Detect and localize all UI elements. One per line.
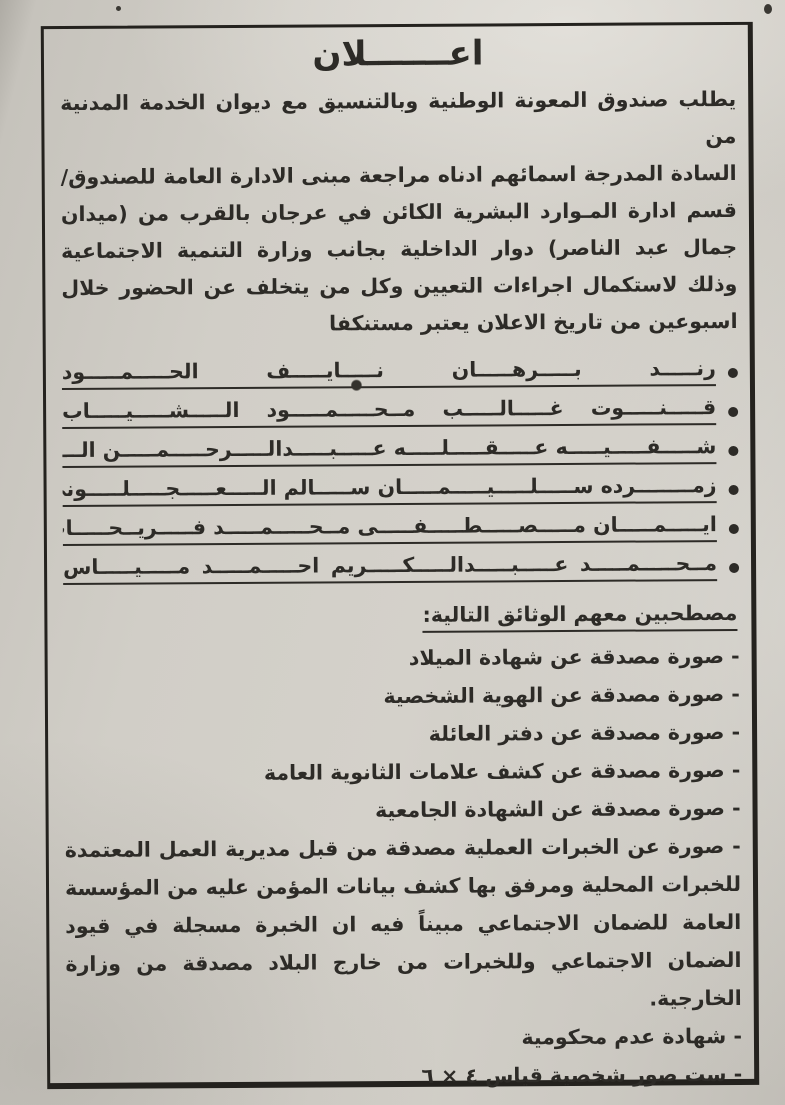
- candidate-name: رنـــــد بـــــرهـــــان نـــــايـــــف …: [62, 356, 716, 390]
- experience-line: الخارجية.: [66, 979, 742, 1021]
- bullet-icon: [729, 484, 739, 494]
- intro-line: جمال عبد الناصر) دوار الداخلية بجانب وزا…: [61, 229, 737, 270]
- intro-line: وذلك لاستكمال اجراءات التعيين وكل من يتخ…: [61, 266, 737, 307]
- intro-line: السادة المدرجة اسمائهم ادناه مراجعة مبنى…: [61, 155, 737, 196]
- candidate-name: شـــــفـــــيـــــه عـــــقـــــلـــــه …: [62, 434, 716, 468]
- documents-heading-text: مصطحبين معهم الوثائق التالية:: [423, 601, 738, 633]
- intro-line: يطلب صندوق المعونة الوطنية وبالتنسيق مع …: [60, 81, 736, 159]
- newsprint-speck: [116, 6, 121, 11]
- candidate-names-list: رنـــــد بـــــرهـــــان نـــــايـــــف …: [62, 351, 739, 589]
- experience-line: العامة للضمان الاجتماعي مبيناً فيه ان ال…: [65, 903, 741, 945]
- bullet-icon: [728, 367, 738, 377]
- document-item: - صورة مصدقة عن كشف علامات الثانوية العا…: [64, 751, 740, 793]
- newspaper-page: اعـــــــلان يطلب صندوق المعونة الوطنية …: [0, 0, 785, 1105]
- experience-line: - صورة عن الخبرات العملية مصدقة من قبل م…: [65, 827, 741, 869]
- document-item: - صورة مصدقة عن شهادة الميلاد: [64, 637, 740, 679]
- intro-line: اسبوعين من تاريخ الاعلان يعتبر مستنكفا: [61, 303, 737, 344]
- bullet-icon: [729, 523, 739, 533]
- experience-document-item: - صورة عن الخبرات العملية مصدقة من قبل م…: [65, 827, 742, 1021]
- announcement-box: اعـــــــلان يطلب صندوق المعونة الوطنية …: [41, 22, 759, 1089]
- bullet-icon: [728, 406, 738, 416]
- name-row: شـــــفـــــيـــــه عـــــقـــــلـــــه …: [62, 429, 738, 472]
- name-row: قـــــنـــــوت غـــــالـــــب مــحـــــم…: [62, 390, 738, 433]
- candidate-name: ايـــــمـــــان مـــــصـــــطـــــفـــــ…: [63, 512, 717, 546]
- bullet-icon: [728, 445, 738, 455]
- newsprint-speck: [764, 4, 772, 14]
- announcement-title: اعـــــــلان: [60, 32, 736, 76]
- candidate-name: زمــــــــرده ســـــلـــــيـــــمـــــان…: [63, 473, 717, 507]
- experience-line: الضمان الاجتماعي وللخبرات من خارج البلاد…: [65, 941, 741, 983]
- document-item: - صورة مصدقة عن الهوية الشخصية: [64, 675, 740, 717]
- documents-list: - صورة مصدقة عن شهادة الميلاد - صورة مصد…: [64, 637, 743, 1097]
- experience-line: للخبرات المحلية ومرفق بها كشف بيانات الم…: [65, 865, 741, 907]
- name-row: رنـــــد بـــــرهـــــان نـــــايـــــف …: [62, 351, 738, 394]
- candidate-name: مــحـــــمـــــد عـــــبـــــدالـــــكــ…: [63, 551, 717, 585]
- document-item: - ست صور شخصية قياس ٤ × ٦: [66, 1055, 742, 1097]
- documents-heading: مصطحبين معهم الوثائق التالية:: [63, 601, 737, 629]
- document-item: - صورة مصدقة عن دفتر العائلة: [64, 713, 740, 755]
- name-row: مــحـــــمـــــد عـــــبـــــدالـــــكــ…: [63, 546, 739, 589]
- ink-blotch: [351, 379, 362, 391]
- intro-line: قسم ادارة المـوارد البشرية الكائن في عرج…: [61, 192, 737, 233]
- name-row: زمــــــــرده ســـــلـــــيـــــمـــــان…: [62, 468, 738, 511]
- bullet-icon: [729, 562, 739, 572]
- name-row: ايـــــمـــــان مـــــصـــــطـــــفـــــ…: [63, 507, 739, 550]
- intro-paragraph: يطلب صندوق المعونة الوطنية وبالتنسيق مع …: [60, 81, 738, 344]
- document-item: - صورة مصدقة عن الشهادة الجامعية: [64, 789, 740, 831]
- document-item: - شهادة عدم محكومية: [66, 1017, 742, 1059]
- candidate-name: قـــــنـــــوت غـــــالـــــب مــحـــــم…: [62, 395, 716, 429]
